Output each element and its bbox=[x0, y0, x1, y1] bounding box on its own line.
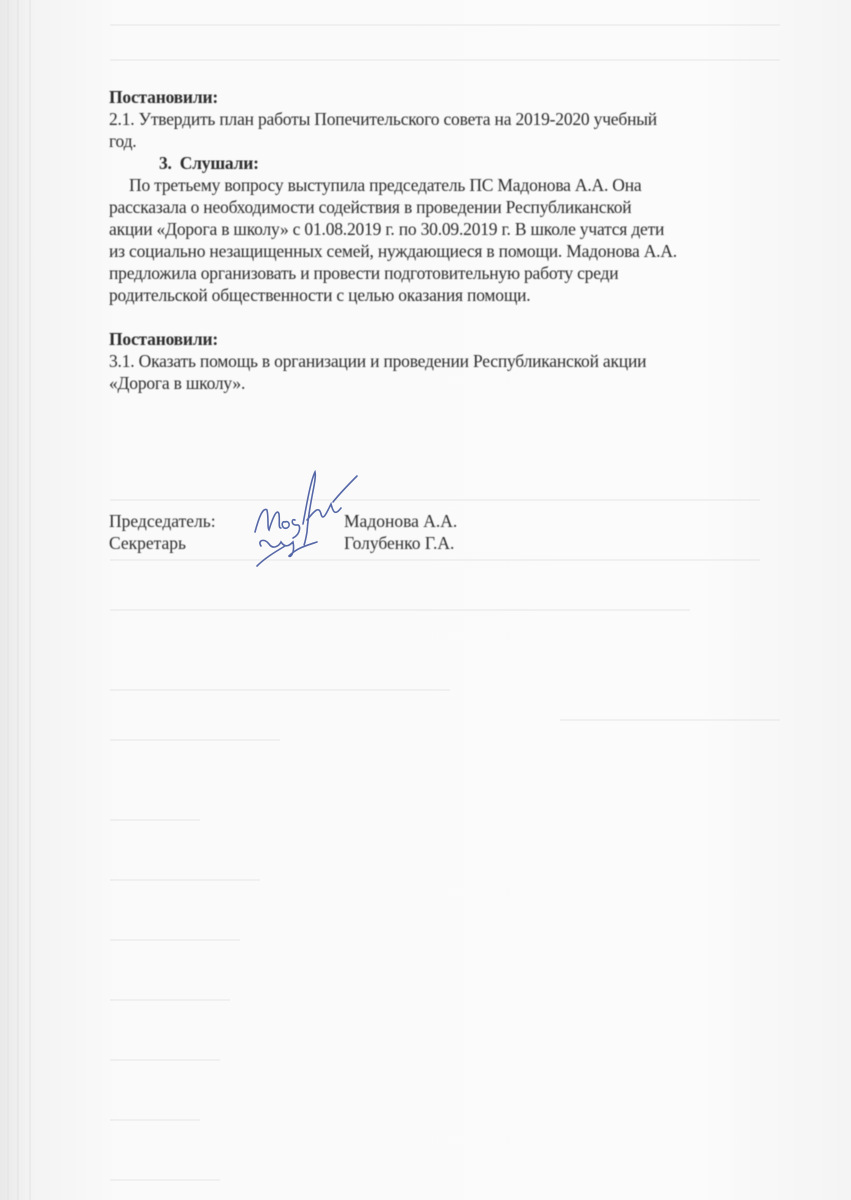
signature-name: Мадонова А.А. bbox=[344, 510, 457, 532]
signature-row-chairman: Председатель: Мадонова А.А. bbox=[109, 510, 529, 532]
decision-heading-2: Постановили: bbox=[109, 86, 789, 108]
document-body: Постановили: 2.1. Утвердить план работы … bbox=[109, 86, 789, 394]
heard-line-5: предложила организовать и провести подго… bbox=[109, 262, 789, 284]
heard-line-4: из социально незащищенных семей, нуждающ… bbox=[109, 240, 789, 262]
signature-row-secretary: Секретарь Голубенко Г.А. bbox=[109, 532, 529, 554]
spacer bbox=[109, 306, 789, 328]
heard-line-3: акции «Дорога в школу» с 01.08.2019 г. п… bbox=[109, 218, 789, 240]
signature-role: Председатель: bbox=[109, 510, 344, 532]
heard-line-1: По третьему вопросу выступила председате… bbox=[109, 174, 789, 196]
document-page: Постановили: 2.1. Утвердить план работы … bbox=[0, 0, 851, 1200]
decision-item-3-1: 3.1. Оказать помощь в организации и пров… bbox=[109, 350, 789, 372]
decision-item-2-1: 2.1. Утвердить план работы Попечительско… bbox=[109, 108, 789, 130]
section-number: 3. bbox=[159, 153, 172, 173]
signature-role: Секретарь bbox=[109, 532, 344, 554]
heard-heading-3: 3.Слушали: bbox=[109, 152, 789, 174]
signature-name: Голубенко Г.А. bbox=[344, 532, 454, 554]
heard-line-6: родительской общественности с целью оказ… bbox=[109, 284, 789, 306]
decision-heading-3: Постановили: bbox=[109, 328, 789, 350]
decision-item-3-1-continued: «Дорога в школу». bbox=[109, 372, 789, 394]
signature-block: Председатель: Мадонова А.А. Секретарь Го… bbox=[109, 510, 529, 554]
decision-item-2-1-continued: год. bbox=[109, 130, 789, 152]
section-heading-label: Слушали: bbox=[180, 153, 259, 173]
heard-line-2: рассказала о необходимости содействия в … bbox=[109, 196, 789, 218]
